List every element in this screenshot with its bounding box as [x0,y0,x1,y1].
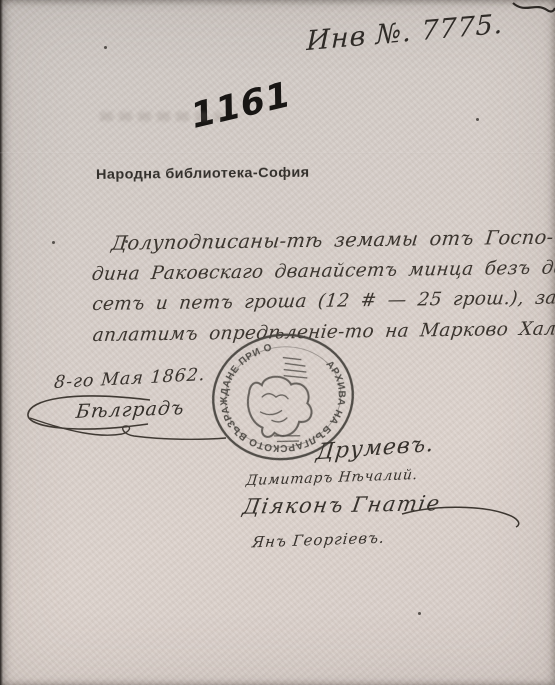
inventory-number: Инв №. 7775. [306,6,536,57]
bleed-through-text [100,112,222,121]
paper-speck [418,612,421,615]
signature-3: Діяконъ Гнатіе [241,491,442,519]
scan-edge-shadow [0,0,3,685]
scanned-document-page: Инв №. 7775. 1161 Народна библиотека-Соф… [0,0,555,685]
paper-speck [476,118,479,121]
place-handwritten: Бѣлградъ [75,397,186,423]
library-ownership-stamp: Народна библиотека-София [96,165,310,183]
paper-speck [104,46,107,49]
date-handwritten: 8-го Мая 1862. [53,365,206,393]
paper-crease [0,152,555,154]
signature-4: Янъ Георгіевъ. [251,529,386,552]
seal-emblem [242,354,317,448]
paper-speck [52,241,55,244]
archive-number: 1161 [191,74,291,138]
